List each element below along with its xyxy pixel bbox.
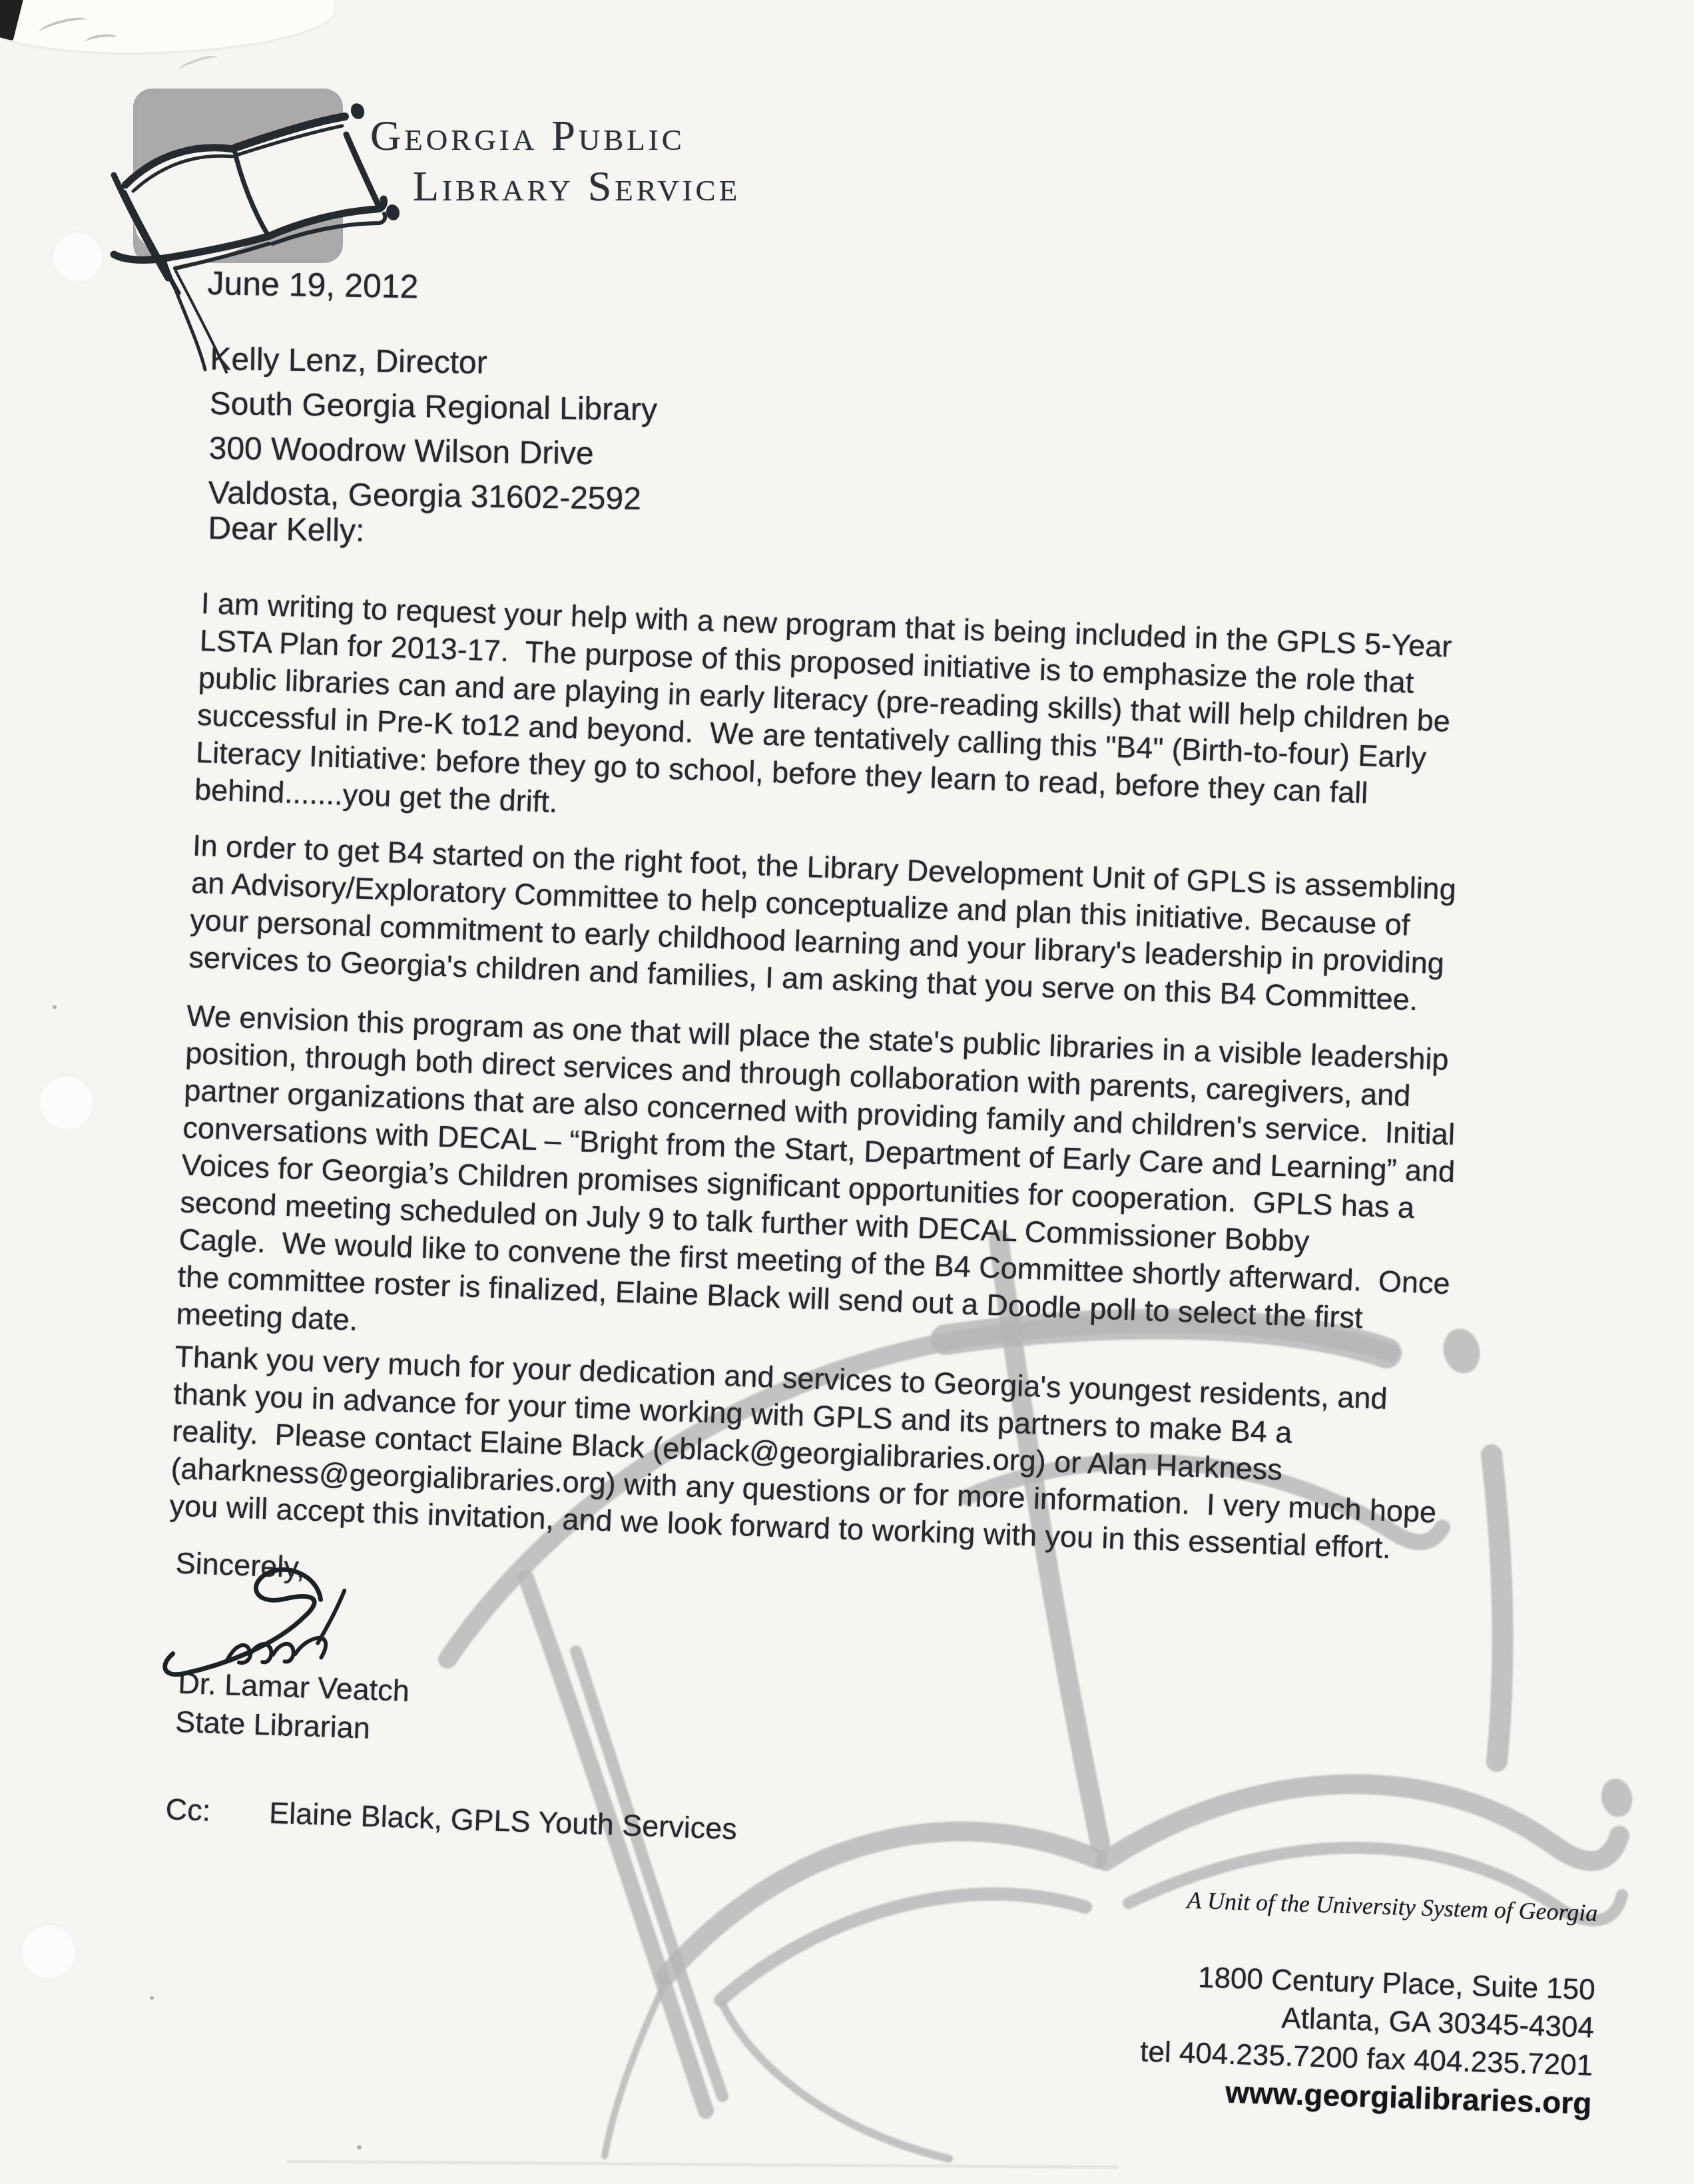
scanned-letter-page: Georgia Public Library Service June 19, … <box>0 0 1694 2184</box>
body-paragraph-3: We envision this program as one that wil… <box>176 997 1460 1377</box>
body-paragraph-4: Thank you very much for your dedication … <box>169 1338 1441 1568</box>
org-name-line1: Georgia Public <box>370 115 685 157</box>
paper-speck <box>357 2145 362 2149</box>
punch-hole <box>21 1924 76 1978</box>
letter-date: June 19, 2012 <box>207 264 419 306</box>
paper-speck <box>150 1996 154 2000</box>
org-name-line2: Library Service <box>413 165 740 208</box>
footer-block: A Unit of the University System of Georg… <box>926 1878 1598 2123</box>
cc-line: Cc: Elaine Black, GPLS Youth Services <box>165 1790 738 1848</box>
paper-speck <box>53 1005 57 1009</box>
punch-hole <box>39 1075 94 1129</box>
body-paragraph-2: In order to get B4 started on the right … <box>188 827 1456 1020</box>
handwritten-signature-lamar <box>142 1545 460 1699</box>
body-paragraph-1: I am writing to request your help with a… <box>194 585 1453 852</box>
punch-hole <box>53 231 103 282</box>
cc-value: Elaine Black, GPLS Youth Services <box>268 1794 737 1848</box>
salutation: Dear Kelly: <box>208 510 365 549</box>
recipient-address-block: Kelly Lenz, Director South Georgia Regio… <box>208 337 658 521</box>
letter-body: I am writing to request your help with a… <box>156 585 1694 1955</box>
signer-title: State Librarian <box>174 1703 370 1747</box>
cc-label: Cc: <box>165 1790 211 1829</box>
